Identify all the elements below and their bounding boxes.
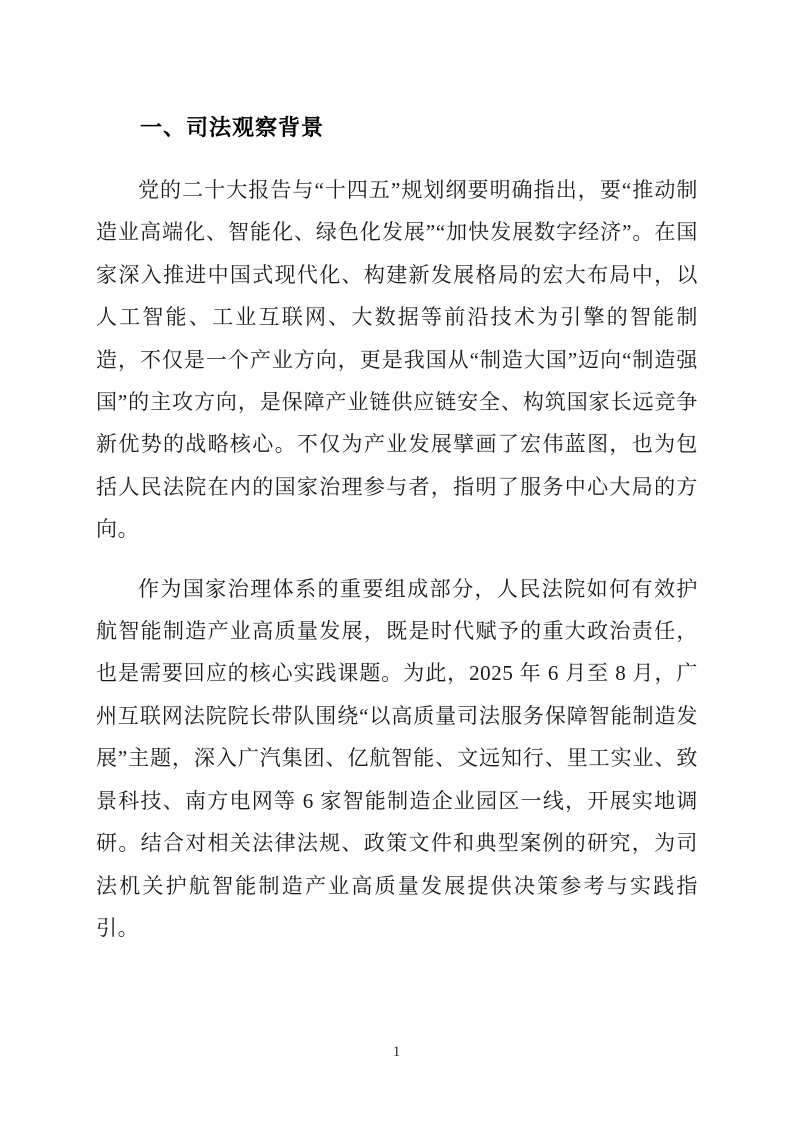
paragraph-court-research: 作为国家治理体系的重要组成部分，人民法院如何有效护航智能制造产业高质量发展，既是…: [96, 568, 698, 950]
paragraph-background-policy: 党的二十大报告与“十四五”规划纲要明确指出，要“推动制造业高端化、智能化、绿色化…: [96, 169, 698, 551]
page-footer: 1: [0, 1043, 793, 1061]
document-content: 一、司法观察背景 党的二十大报告与“十四五”规划纲要明确指出，要“推动制造业高端…: [0, 0, 793, 949]
document-page: 一、司法观察背景 党的二十大报告与“十四五”规划纲要明确指出，要“推动制造业高端…: [0, 0, 793, 1122]
page-number: 1: [393, 1044, 401, 1061]
section-heading: 一、司法观察背景: [96, 0, 698, 142]
